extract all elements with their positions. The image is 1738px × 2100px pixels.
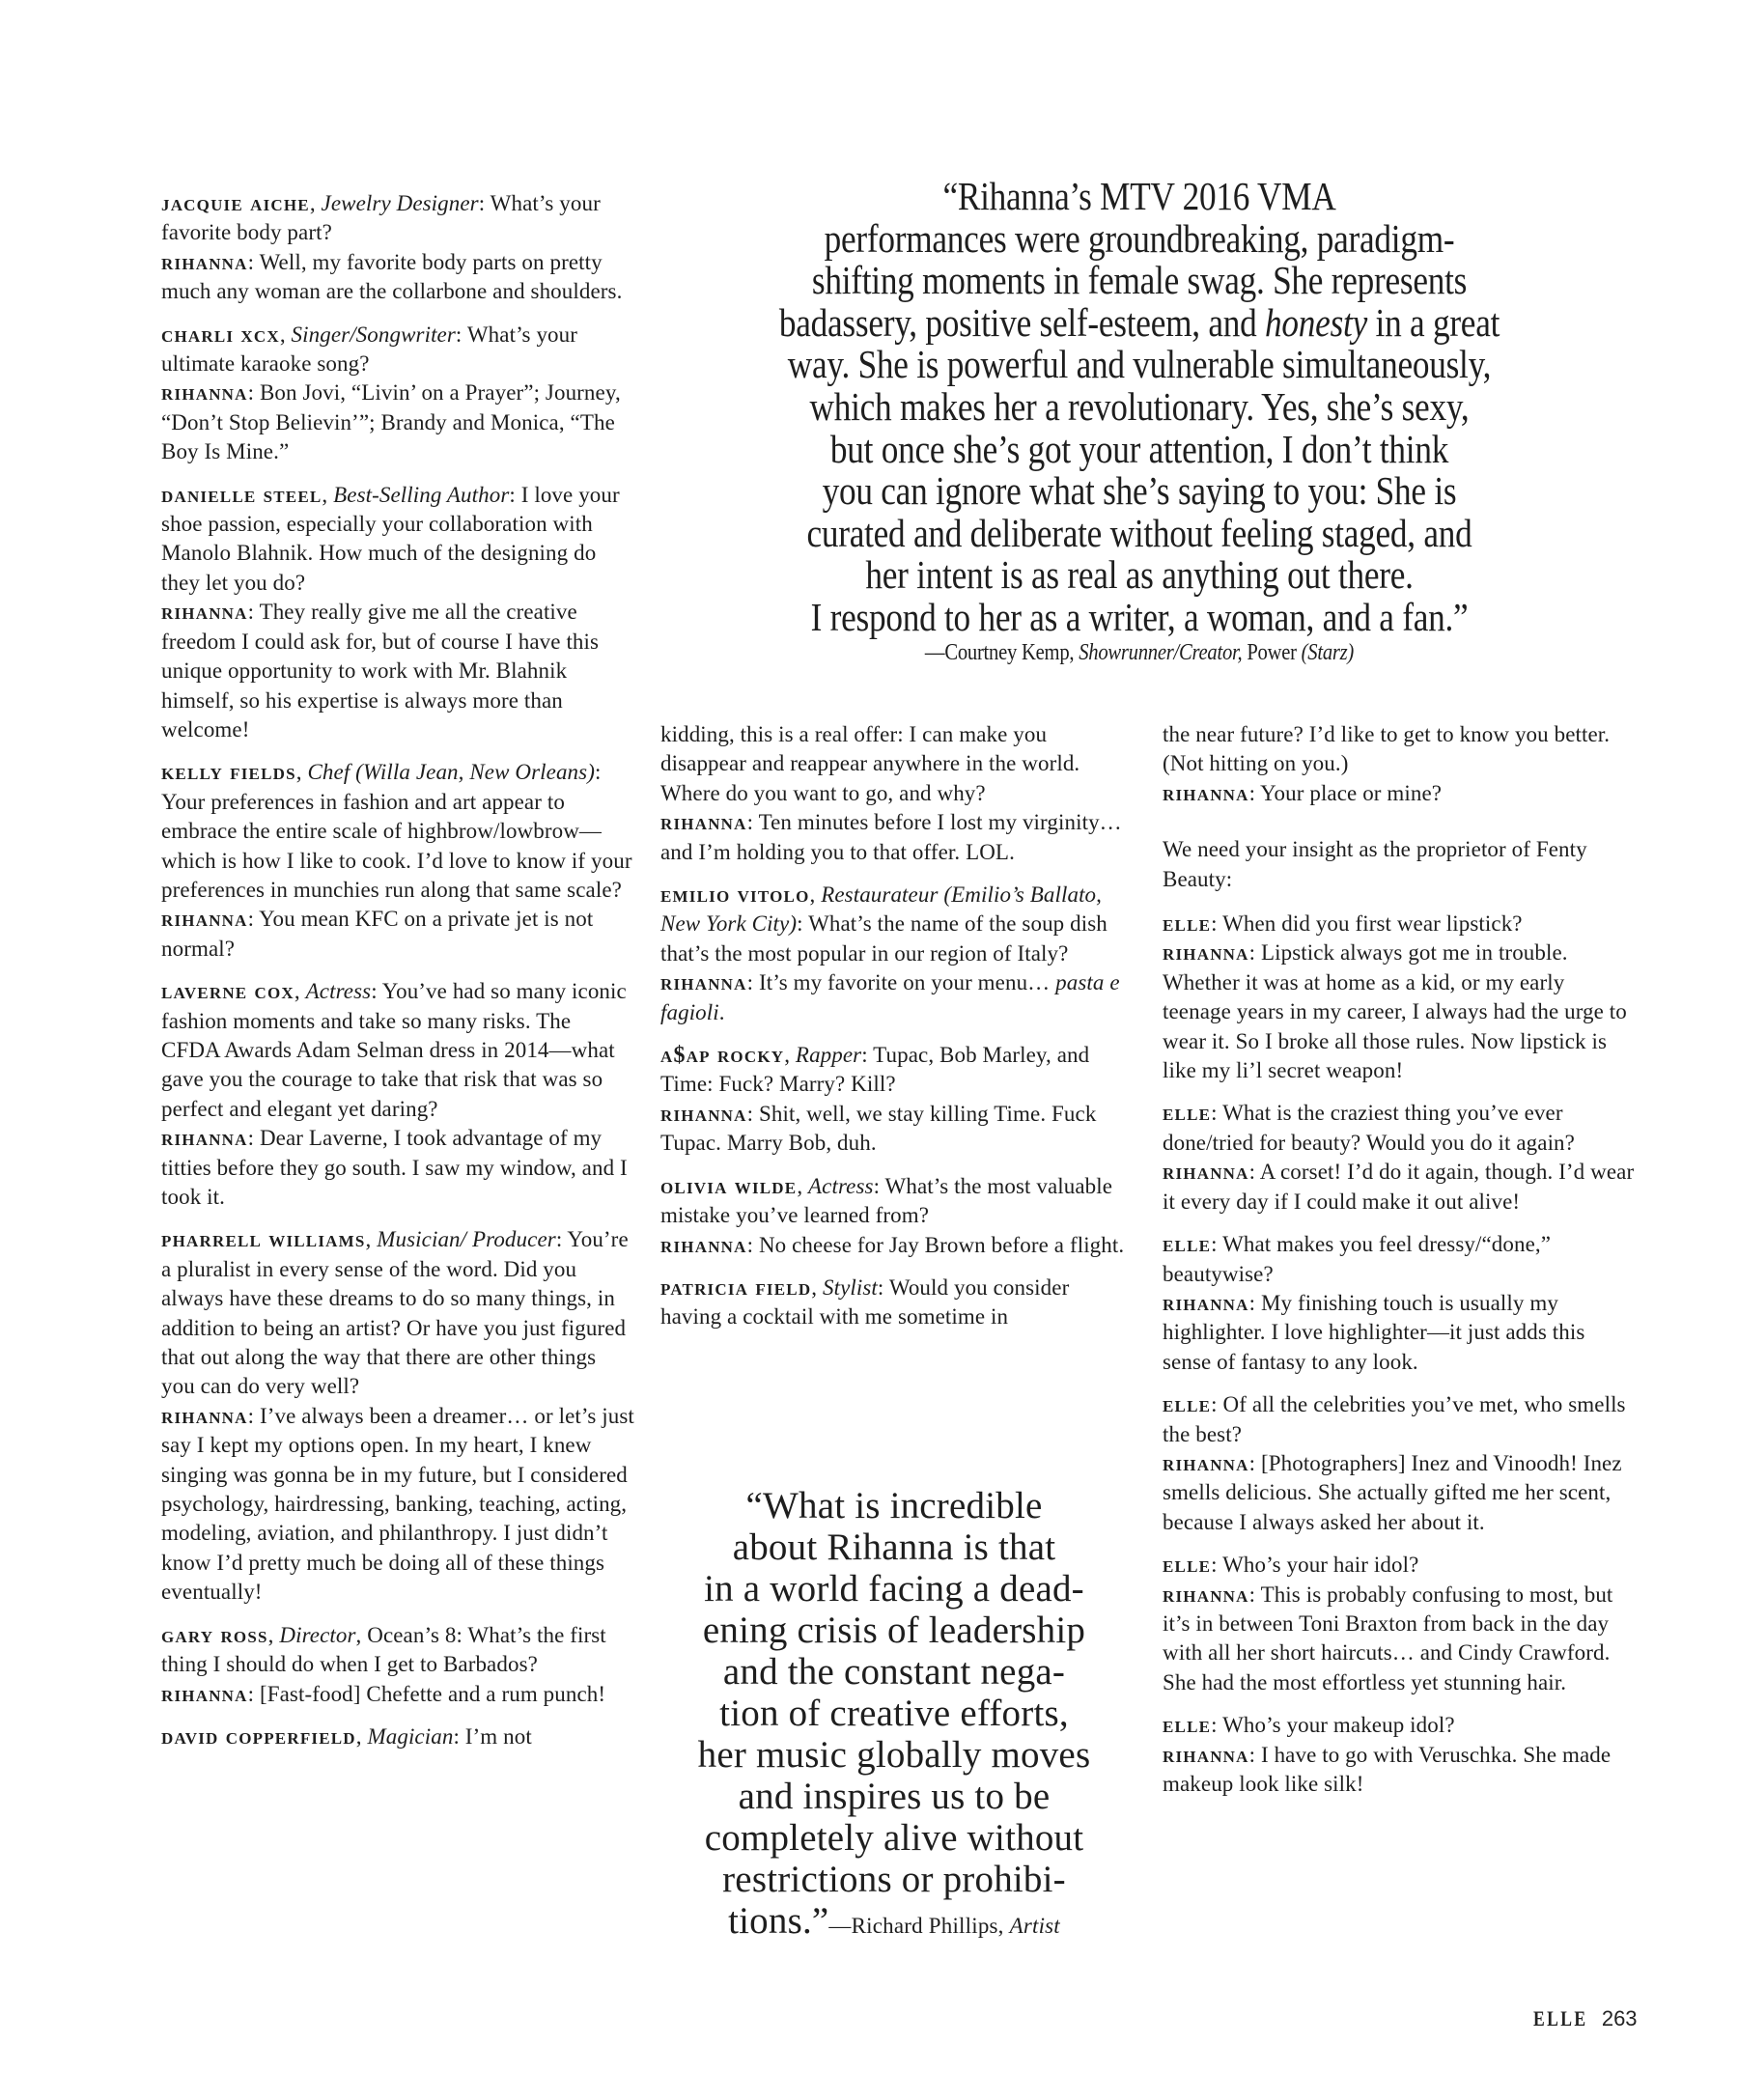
question-text: Of all the celebrities you’ve met, who s… <box>1163 1392 1626 1445</box>
qa-entry: ELLE: When did you first wear lipstick? … <box>1163 910 1636 1085</box>
separator: : <box>453 1724 464 1749</box>
questioner-name: DAVID COPPERFIELD <box>161 1724 356 1750</box>
answer-speaker: RIHANNA <box>161 600 248 625</box>
answer-speaker: RIHANNA <box>660 1233 747 1258</box>
separator: : <box>1211 1232 1222 1256</box>
question-speaker: ELLE <box>1163 1101 1211 1126</box>
attribution-role: Showrunner/Creator, <box>1079 640 1242 665</box>
separator: : <box>747 1102 759 1126</box>
pull-quote-line: about Rihanna is that <box>733 1526 1056 1568</box>
separator: : <box>248 1682 260 1706</box>
questioner-role: Best-Selling Author <box>333 483 509 507</box>
qa-entry: ELLE: What makes you feel dressy/“done,”… <box>1163 1230 1636 1377</box>
qa-entry: A$AP ROCKY, Rapper: Tupac, Bob Marley, a… <box>660 1041 1134 1159</box>
answer-speaker: RIHANNA <box>1163 1582 1249 1608</box>
separator: : <box>1211 1101 1222 1125</box>
questioner-name: LAVERNE COX <box>161 979 294 1004</box>
questioner-role: Magician <box>367 1724 453 1749</box>
middle-column: kidding, this is a real offer: I can mak… <box>660 720 1134 1346</box>
answer-end: . <box>719 1000 725 1024</box>
separator: : <box>747 970 759 994</box>
qa-entry: ELLE: Of all the celebrities you’ve met,… <box>1163 1390 1636 1537</box>
questioner-name: A$AP ROCKY <box>660 1043 784 1068</box>
page-folio: ELLE 263 <box>1533 2006 1638 2031</box>
questioner-role: Stylist <box>823 1275 878 1300</box>
questioner-name: EMILIO VITOLO <box>660 882 810 908</box>
answer-speaker: RIHANNA <box>1163 940 1249 966</box>
section-intro: We need your insight as the proprietor o… <box>1163 835 1636 894</box>
separator: : <box>747 1233 759 1257</box>
pull-quote-line: tion of creative efforts, <box>719 1693 1069 1734</box>
separator: : <box>248 907 260 931</box>
attribution-network: (Starz) <box>1302 640 1354 665</box>
questioner-role: Jewelry Designer <box>322 191 479 215</box>
separator: : <box>479 191 491 215</box>
answer-speaker: RIHANNA <box>161 1682 248 1707</box>
question-text: I’m not <box>465 1724 532 1749</box>
separator: : <box>861 1043 873 1067</box>
separator: : <box>1249 1582 1261 1607</box>
separator: , <box>268 1623 280 1647</box>
answer-speaker: RIHANNA <box>161 1404 248 1429</box>
answer-speaker: RIHANNA <box>161 250 248 275</box>
answer-speaker: RIHANNA <box>1163 1291 1249 1316</box>
separator: , <box>294 979 306 1003</box>
pull-quote-line: completely alive without <box>705 1817 1084 1859</box>
pull-quote-line: and inspires us to be <box>739 1776 1051 1817</box>
question-speaker: ELLE <box>1163 1392 1211 1417</box>
questioner-role: Director <box>279 1623 355 1647</box>
pull-quote-line: performances were groundbreaking, paradi… <box>825 216 1455 261</box>
qa-entry: CHARLI XCX, Singer/Songwriter: What’s yo… <box>161 321 634 467</box>
question-text: When did you first wear lipstick? <box>1222 911 1523 936</box>
answer-speaker: RIHANNA <box>660 1102 747 1127</box>
pull-quote-attribution: —Courtney Kemp, Showrunner/Creator, Powe… <box>733 639 1547 666</box>
pull-quote-line: tions.” <box>728 1900 828 1942</box>
qa-entry: LAVERNE COX, Actress: You’ve had so many… <box>161 977 634 1212</box>
questioner-name: PHARRELL WILLIAMS <box>161 1227 366 1252</box>
question-speaker: ELLE <box>1163 1553 1211 1578</box>
pull-quote-attribution: —Richard Phillips, Artist <box>828 1914 1060 1938</box>
answer-speaker: RIHANNA <box>161 380 248 406</box>
separator: : <box>248 600 260 624</box>
separator: : <box>1249 1160 1260 1184</box>
separator: , <box>811 1275 823 1300</box>
pull-quote-line: restrictions or prohibi- <box>722 1859 1066 1900</box>
questioner-name: JACQUIE AICHE <box>161 191 310 216</box>
attribution-role: Artist <box>1010 1914 1060 1938</box>
question-text: Your preferences in fashion and art appe… <box>161 790 632 902</box>
separator: , <box>310 191 322 215</box>
questioner-name: OLIVIA WILDE <box>660 1174 797 1199</box>
separator: : <box>797 911 808 936</box>
separator: : <box>509 483 520 507</box>
qa-entry: PATRICIA FIELD, Stylist: Would you consi… <box>660 1274 1134 1332</box>
attribution-name: —Richard Phillips, <box>828 1914 1009 1938</box>
separator: : <box>248 380 260 405</box>
pull-quote-line: in a great <box>1367 300 1500 345</box>
separator: : <box>1211 1553 1222 1577</box>
question-speaker: ELLE <box>1163 1713 1211 1738</box>
pull-quote-courtney-kemp: “Rihanna’s MTV 2016 VMA performances wer… <box>733 176 1547 666</box>
qa-entry: ELLE: Who’s your makeup idol? RIHANNA: I… <box>1163 1711 1636 1799</box>
qa-entry: KELLY FIELDS, Chef (Willa Jean, New Orle… <box>161 758 634 964</box>
separator: , <box>810 882 822 907</box>
pull-quote-line: badassery, positive self-esteem, and <box>779 300 1265 345</box>
separator: , <box>322 483 333 507</box>
magazine-brand: ELLE <box>1533 2006 1588 2031</box>
pull-quote-line: but once she’s got your attention, I don… <box>830 427 1448 471</box>
qa-entry-continued: kidding, this is a real offer: I can mak… <box>660 720 1134 867</box>
separator: : <box>1249 1743 1261 1767</box>
question-text: You’re a pluralist in every sense of the… <box>161 1227 629 1398</box>
separator: : <box>874 1174 885 1198</box>
question-text: the near future? I’d like to get to know… <box>1163 722 1610 775</box>
answer-text: I’ve always been a dreamer… or let’s jus… <box>161 1404 634 1604</box>
answer-speaker: RIHANNA <box>660 970 747 995</box>
qa-entry: OLIVIA WILDE, Actress: What’s the most v… <box>660 1172 1134 1260</box>
pull-quote-emphasis: honesty <box>1265 300 1367 345</box>
pull-quote-line: her music globally moves <box>698 1734 1091 1776</box>
separator: : <box>878 1275 889 1300</box>
separator: : <box>1211 1392 1222 1416</box>
pull-quote-line: “What is incredible <box>745 1485 1042 1526</box>
questioner-name: KELLY FIELDS <box>161 760 296 785</box>
separator: : <box>1249 1291 1261 1315</box>
pull-quote-line: curated and deliberate without feeling s… <box>806 511 1472 555</box>
question-speaker: ELLE <box>1163 1232 1211 1257</box>
questioner-role: Chef (Willa Jean, New Orleans) <box>307 760 595 784</box>
separator: : <box>1211 1713 1222 1737</box>
answer-speaker: RIHANNA <box>1163 1451 1249 1476</box>
separator: , <box>296 760 308 784</box>
answer-speaker: RIHANNA <box>1163 1160 1249 1185</box>
separator: : <box>456 1623 467 1647</box>
questioner-role: Actress <box>306 979 372 1003</box>
questioner-name: GARY ROSS <box>161 1623 268 1648</box>
qa-entry: JACQUIE AICHE, Jewelry Designer: What’s … <box>161 189 634 307</box>
separator: : <box>1211 911 1222 936</box>
separator: : <box>1249 781 1261 805</box>
question-text: Who’s your hair idol? <box>1222 1553 1418 1577</box>
qa-entry: DAVID COPPERFIELD, Magician: I’m not <box>161 1722 634 1751</box>
pull-quote-line: in a world facing a dead- <box>704 1568 1084 1610</box>
answer-speaker: RIHANNA <box>1163 781 1249 806</box>
separator: : <box>456 322 467 347</box>
questioner-role: Actress <box>808 1174 874 1198</box>
answer-text: It’s my favorite on your menu… <box>759 970 1055 994</box>
question-text: kidding, this is a real offer: I can mak… <box>660 722 1079 805</box>
question-speaker: ELLE <box>1163 911 1211 937</box>
separator: , <box>366 1227 378 1251</box>
pull-quote-line: way. She is powerful and vulnerable simu… <box>788 342 1491 386</box>
separator: : <box>1249 940 1261 965</box>
pull-quote-line: ening crisis of leadership <box>703 1610 1085 1651</box>
question-text: What is the craziest thing you’ve ever d… <box>1163 1101 1575 1154</box>
answer-speaker: RIHANNA <box>161 1126 248 1151</box>
qa-entry: DANIELLE STEEL, Best-Selling Author: I l… <box>161 481 634 745</box>
questioner-role: Rapper <box>796 1043 861 1067</box>
separator: , <box>797 1174 808 1198</box>
answer-text: Your place or mine? <box>1260 781 1442 805</box>
attribution-show: Power <box>1242 640 1301 665</box>
questioner-role: Musician/ Producer <box>377 1227 556 1251</box>
qa-entry: EMILIO VITOLO, Restaurateur (Emilio’s Ba… <box>660 881 1134 1027</box>
answer-speaker: RIHANNA <box>161 907 248 932</box>
question-text: Who’s your makeup idol? <box>1222 1713 1455 1737</box>
pull-quote-line: I respond to her as a writer, a woman, a… <box>811 595 1469 639</box>
answer-speaker: RIHANNA <box>660 810 747 835</box>
qa-entry-continued: the near future? I’d like to get to know… <box>1163 720 1636 808</box>
separator: : <box>248 1126 260 1150</box>
attribution-name: —Courtney Kemp, <box>925 640 1079 665</box>
right-column: the near future? I’d like to get to know… <box>1163 720 1636 1812</box>
separator: , <box>784 1043 796 1067</box>
pull-quote-line: shifting moments in female swag. She rep… <box>812 258 1467 302</box>
answer-speaker: RIHANNA <box>1163 1743 1249 1768</box>
pull-quote-line: which makes her a revolutionary. Yes, sh… <box>810 384 1470 429</box>
separator: : <box>248 1404 260 1428</box>
pull-quote-line: and the constant nega- <box>723 1651 1065 1693</box>
pull-quote-richard-phillips: “What is incredible about Rihanna is tha… <box>662 1485 1126 1946</box>
separator: : <box>595 760 602 784</box>
pull-quote-line: “Rihanna’s MTV 2016 VMA <box>942 174 1335 218</box>
questioner-role: Singer/Songwriter <box>292 322 456 347</box>
separator: , <box>280 322 292 347</box>
answer-text: [Fast-food] Chefette and a rum punch! <box>260 1682 605 1706</box>
separator: : <box>248 250 260 274</box>
separator: : <box>371 979 382 1003</box>
questioner-name: DANIELLE STEEL <box>161 483 322 508</box>
pull-quote-line: her intent is as real as anything out th… <box>865 552 1413 597</box>
separator: : <box>747 810 759 834</box>
separator: : <box>556 1227 568 1251</box>
qa-entry: PHARRELL WILLIAMS, Musician/ Producer: Y… <box>161 1225 634 1607</box>
left-column: JACQUIE AICHE, Jewelry Designer: What’s … <box>161 189 634 1765</box>
qa-entry: ELLE: What is the craziest thing you’ve … <box>1163 1099 1636 1217</box>
separator: , <box>356 1724 368 1749</box>
separator: : <box>1249 1451 1261 1475</box>
questioner-film: , Ocean’s 8 <box>356 1623 457 1647</box>
qa-entry: ELLE: Who’s your hair idol? RIHANNA: Thi… <box>1163 1551 1636 1697</box>
questioner-name: CHARLI XCX <box>161 322 280 348</box>
qa-entry: GARY ROSS, Director, Ocean’s 8: What’s t… <box>161 1621 634 1709</box>
pull-quote-line: you can ignore what she’s saying to you:… <box>823 468 1457 513</box>
answer-text: No cheese for Jay Brown before a flight. <box>759 1233 1124 1257</box>
questioner-name: PATRICIA FIELD <box>660 1275 811 1301</box>
page-number: 263 <box>1602 2006 1638 2030</box>
